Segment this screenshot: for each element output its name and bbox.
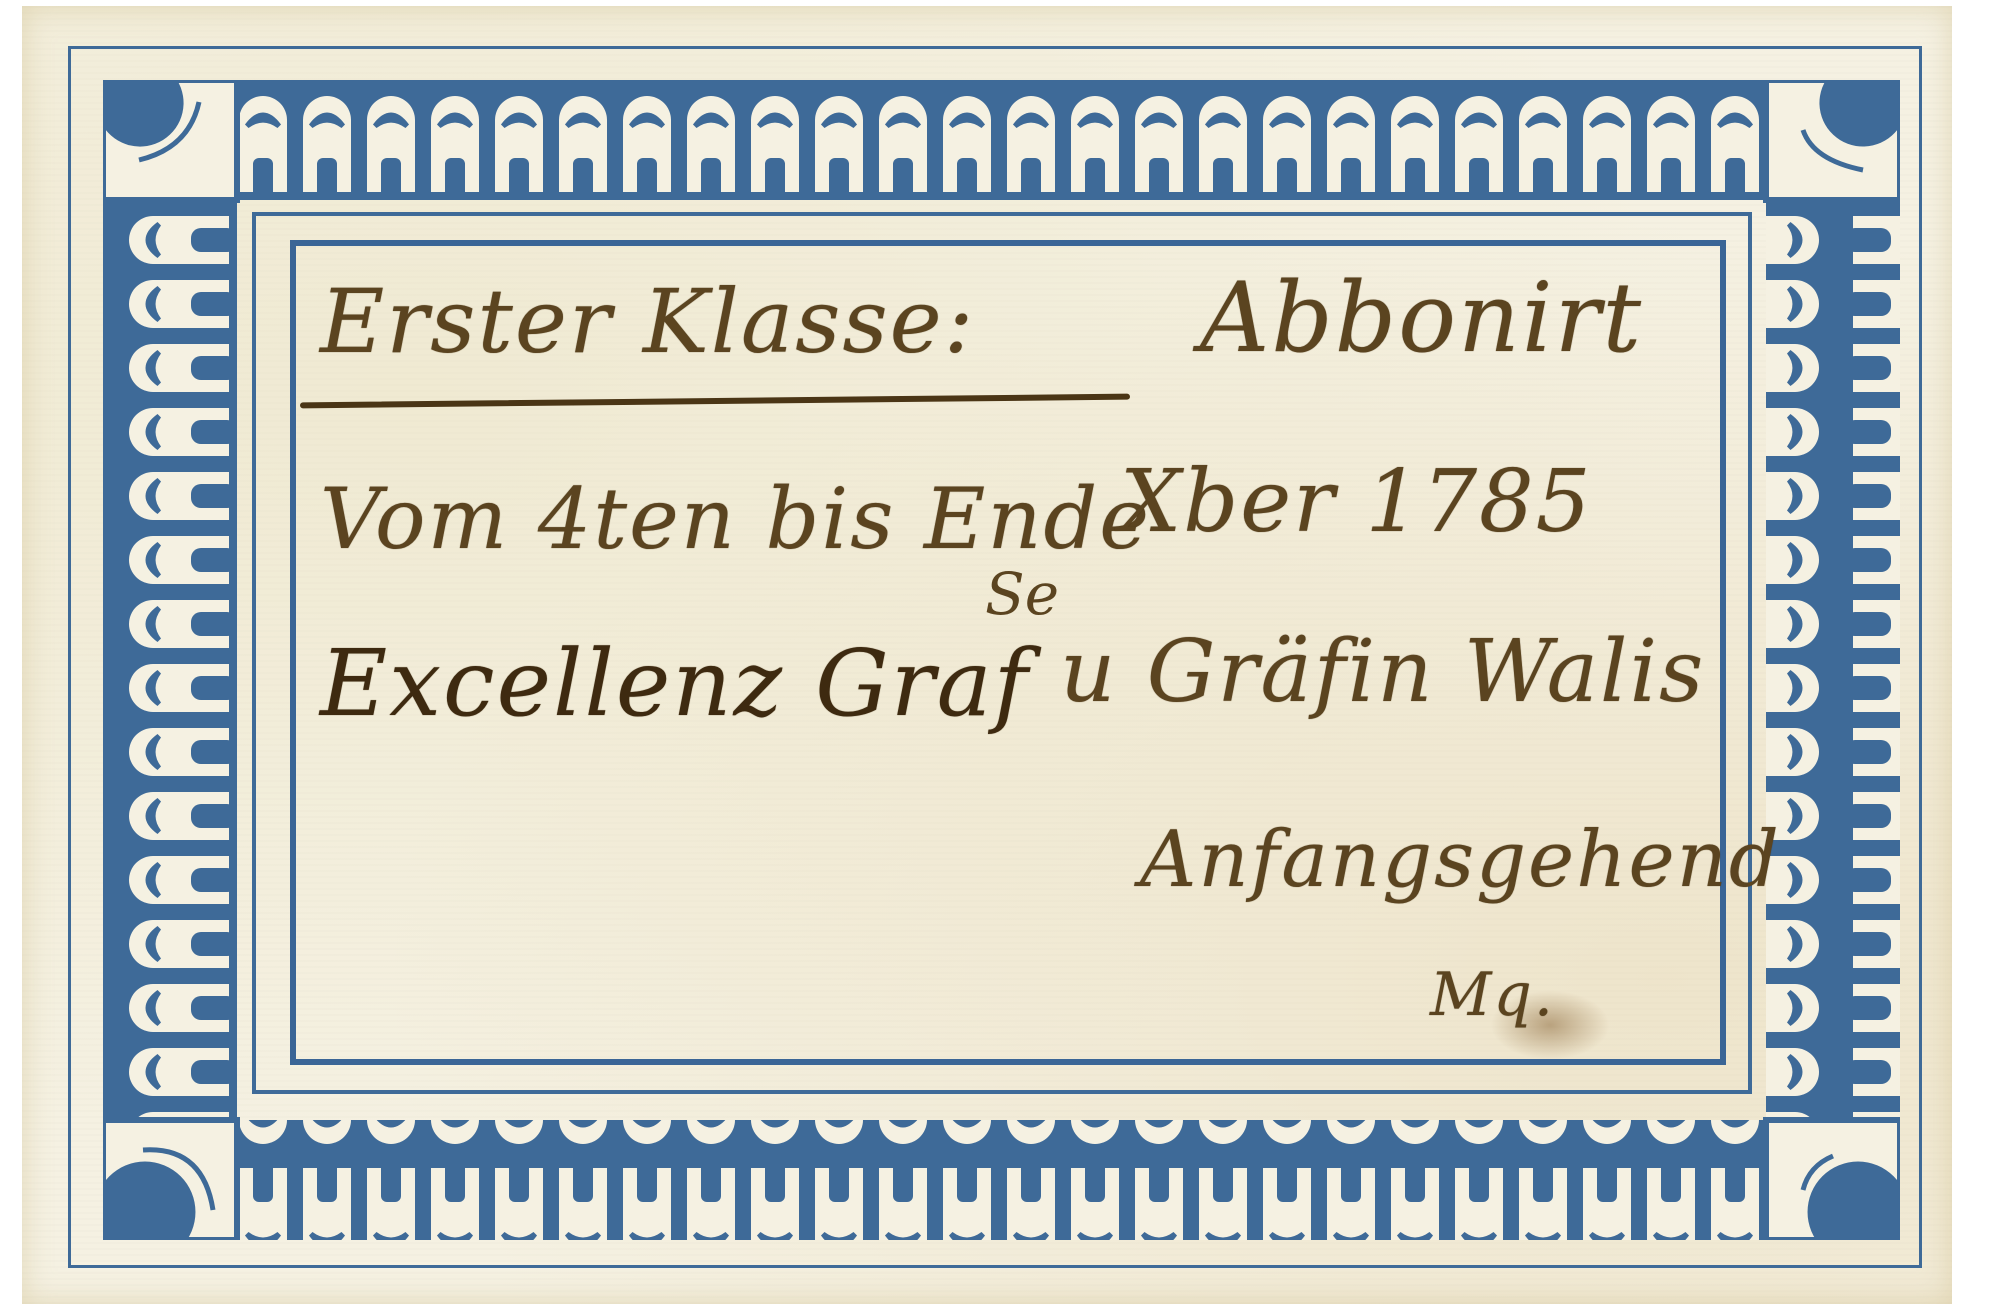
honorific-superscript: Se [985,560,1059,628]
corner-top-right [1766,80,1900,200]
subscription-status: Abbonirt [1200,262,1643,374]
heading-class-label: Erster Klasse: [320,270,975,373]
corner-bottom-left [103,1120,237,1240]
signature: Mq. [1430,960,1555,1030]
holder-title: Excellenz Graf [320,630,1030,737]
corner-bottom-right [1766,1120,1900,1240]
date-range-end: Xber 1785 [1120,452,1592,552]
note-line: Anfangsgehend [1140,815,1781,905]
corner-top-left [103,80,237,200]
date-range-start: Vom 4ten bis Ende [320,470,1151,568]
holder-names: u Gräfin Walis [1060,622,1705,722]
